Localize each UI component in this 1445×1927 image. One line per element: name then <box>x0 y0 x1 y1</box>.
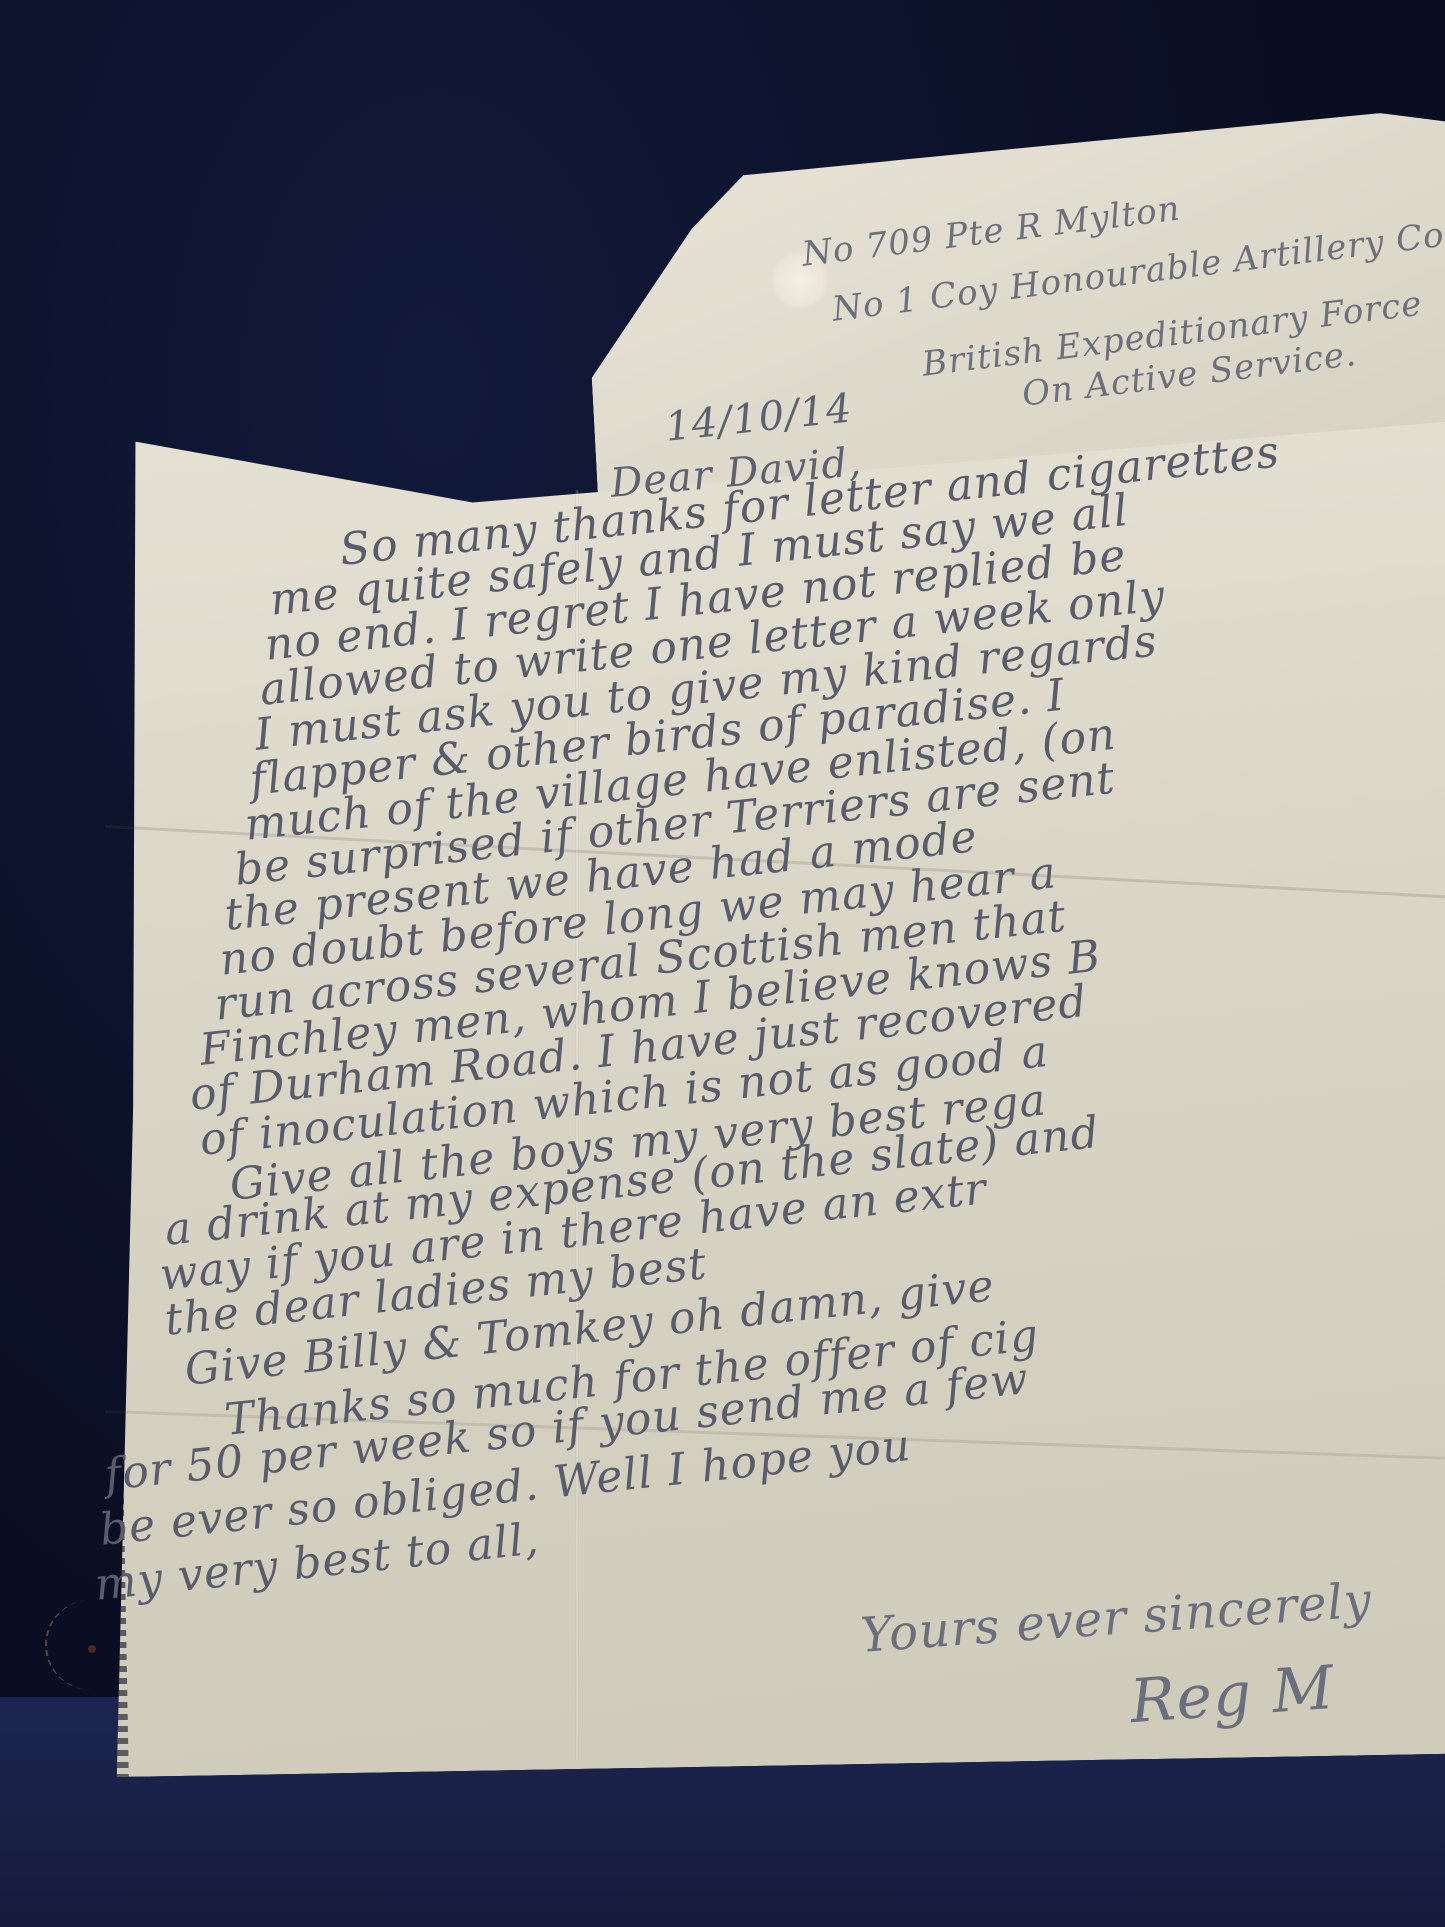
punch-hole <box>88 1645 96 1653</box>
signature: Reg M <box>1128 1653 1337 1737</box>
photo-scene: No 709 Pte R Mylton No 1 Coy Honourable … <box>0 0 1445 1927</box>
